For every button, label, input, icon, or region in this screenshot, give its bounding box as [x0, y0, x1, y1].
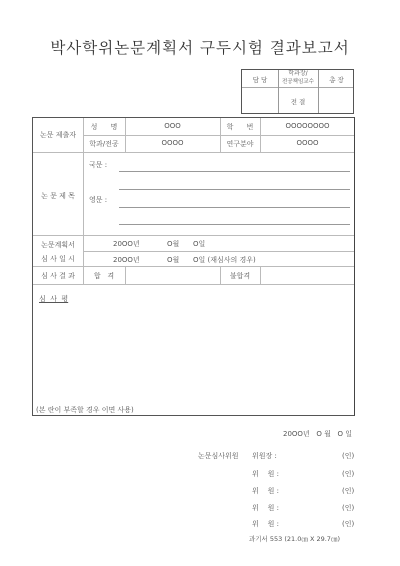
exam-date-2-year[interactable]: 20OO년: [113, 255, 140, 265]
english-title-line-2[interactable]: [119, 224, 350, 225]
exam-date-label-1: 논문계획서: [33, 240, 83, 250]
review-note: (본 란이 부족할 경우 이면 사용): [36, 405, 134, 415]
seal-chair: (인): [342, 451, 354, 461]
name-value[interactable]: OOO: [125, 122, 220, 130]
name-label: 성 명: [83, 122, 125, 132]
seal-member-1: (인): [342, 469, 354, 479]
approval-delegated: 전 결: [278, 97, 318, 106]
korean-title-line-2[interactable]: [119, 189, 350, 190]
approval-header-line2: 전공책임교수: [278, 78, 318, 86]
pass-field[interactable]: [126, 267, 220, 284]
approval-header-line1: 학과장/: [278, 70, 318, 78]
committee-role-chair: 위원장 :: [252, 451, 277, 461]
student-id-value[interactable]: OOOOOOOO: [260, 122, 355, 130]
committee-role-member-4: 위 원 :: [252, 519, 279, 529]
page-title: 박사학위논문계획서 구두시험 결과보고서: [0, 36, 400, 58]
exam-date-2-day[interactable]: O일 (재심사의 경우): [193, 255, 256, 265]
exam-date-2-month[interactable]: O월: [167, 255, 179, 265]
approval-header-dept-head: 학과장/ 전공책임교수: [278, 70, 318, 86]
english-title-line-1[interactable]: [119, 207, 350, 208]
approval-header-manager: 담 당: [242, 75, 278, 84]
exam-date-1-month[interactable]: O월: [167, 239, 179, 249]
seal-member-3: (인): [342, 503, 354, 513]
form-code-footer: 과기서 553 (21.0㎝ X 29.7㎝): [249, 534, 340, 543]
committee-role-member-1: 위 원 :: [252, 469, 279, 479]
report-table: 논문 제출자 성 명 OOO 학 번 OOOOOOOO 학과/전공 OOOO 연…: [32, 117, 355, 416]
report-date[interactable]: 20OO년 O 월 O 일: [283, 429, 352, 439]
fail-label: 불합격: [220, 271, 260, 281]
fail-field[interactable]: [261, 267, 355, 284]
pass-label: 합 격: [83, 271, 125, 281]
dept-label: 학과/전공: [83, 139, 125, 149]
result-label: 심 사 결 과: [33, 271, 83, 281]
committee-label: 논문심사위원: [198, 451, 239, 461]
research-field-value[interactable]: OOOO: [260, 139, 355, 147]
exam-date-label-2: 심 사 일 시: [33, 254, 83, 264]
submitter-label: 논문 제출자: [33, 130, 83, 140]
exam-date-1-day[interactable]: O일: [193, 239, 205, 249]
exam-date-1-year[interactable]: 20OO년: [113, 239, 140, 249]
approval-box: 담 당 학과장/ 전공책임교수 총 장 전 결: [241, 69, 354, 114]
review-label: 심 사 평: [39, 294, 68, 304]
review-comment-area[interactable]: [39, 305, 349, 401]
korean-title-label: 국문 :: [89, 160, 107, 170]
thesis-title-label: 논 문 제 목: [33, 191, 83, 201]
committee-role-member-3: 위 원 :: [252, 503, 279, 513]
dept-value[interactable]: OOOO: [125, 139, 220, 147]
korean-title-line-1[interactable]: [119, 171, 350, 172]
approval-header-president: 총 장: [318, 75, 355, 84]
seal-member-4: (인): [342, 519, 354, 529]
research-field-label: 연구분야: [220, 139, 260, 149]
seal-member-2: (인): [342, 486, 354, 496]
student-id-label: 학 번: [220, 122, 260, 132]
committee-role-member-2: 위 원 :: [252, 486, 279, 496]
english-title-label: 영문 :: [89, 195, 107, 205]
